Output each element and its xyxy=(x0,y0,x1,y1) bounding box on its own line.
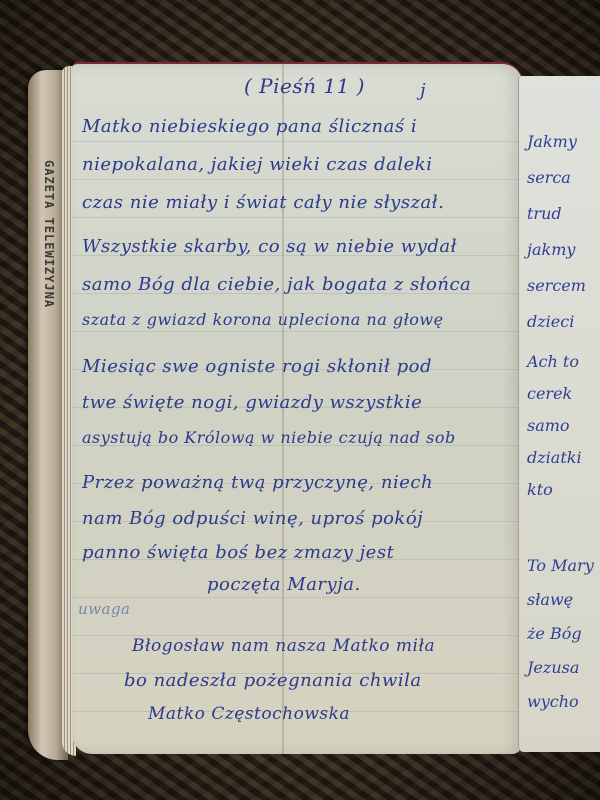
left-page: ( Pieśń 11 ) j Matko niebieskiego pana ś… xyxy=(72,62,522,754)
song-title: ( Pieśń 11 ) xyxy=(244,74,365,98)
right-line: trud xyxy=(527,204,562,223)
stanza-4-line-2: nam Bóg odpuści winę, uproś pokój xyxy=(82,508,423,529)
stanza-2-line-2: samo Bóg dla ciebie, jak bogata z słońca xyxy=(82,274,471,295)
right-line: To Mary xyxy=(527,556,594,575)
stanza-4-line-3: panno święta boś bez zmazy jest xyxy=(82,542,394,563)
right-line: jakmy xyxy=(527,240,575,259)
right-line: Ach to xyxy=(527,352,579,371)
note-line-3: Matko Częstochowska xyxy=(148,704,350,724)
right-line: cerek xyxy=(527,384,572,403)
right-line: wycho xyxy=(527,692,579,711)
note-line-1: Błogosław nam nasza Matko miła xyxy=(132,636,435,656)
stanza-3-line-3: asystują bo Królową w niebie czują nad s… xyxy=(82,428,456,447)
stanza-3-line-1: Miesiąc swe ogniste rogi skłonił pod xyxy=(82,356,432,377)
right-line: dziatki xyxy=(527,448,582,467)
note-label: uwaga xyxy=(78,600,131,618)
stanza-4-line-1: Przez poważną twą przyczynę, niech xyxy=(82,472,433,493)
right-line: sercem xyxy=(527,276,586,295)
right-line: samo xyxy=(527,416,570,435)
spine-label: GAZETA TELEWIZYJNA xyxy=(34,160,56,420)
right-page-partial: Jakmy serca trud jakmy sercem dzieci Ach… xyxy=(518,76,600,752)
note-line-2: bo nadeszła pożegnania chwila xyxy=(124,670,422,691)
stanza-1-line-3: czas nie miały i świat cały nie słyszał. xyxy=(82,192,444,213)
right-line: sławę xyxy=(527,590,573,609)
right-line: dzieci xyxy=(527,312,574,331)
stanza-1-line-2: niepokalana, jakiej wieki czas daleki xyxy=(82,154,432,175)
stanza-4-line-4: poczęta Maryja. xyxy=(207,574,361,595)
right-line: kto xyxy=(527,480,553,499)
right-line: serca xyxy=(527,168,571,187)
right-line: że Bóg xyxy=(527,624,582,643)
stanza-1-line-1: Matko niebieskiego pana ślicznaś i xyxy=(82,116,417,137)
right-line: Jezusa xyxy=(527,658,579,677)
right-line: Jakmy xyxy=(527,132,577,151)
stanza-2-line-3: szata z gwiazd korona upleciona na głowę xyxy=(82,310,444,329)
stanza-3-line-2: twe święte nogi, gwiazdy wszystkie xyxy=(82,392,422,413)
stanza-2-line-1: Wszystkie skarby, co są w niebie wydał xyxy=(82,236,457,257)
title-mark: j xyxy=(420,80,426,101)
open-notebook: GAZETA TELEWIZYJNA ( Pieśń 11 ) j Matko … xyxy=(28,62,600,762)
